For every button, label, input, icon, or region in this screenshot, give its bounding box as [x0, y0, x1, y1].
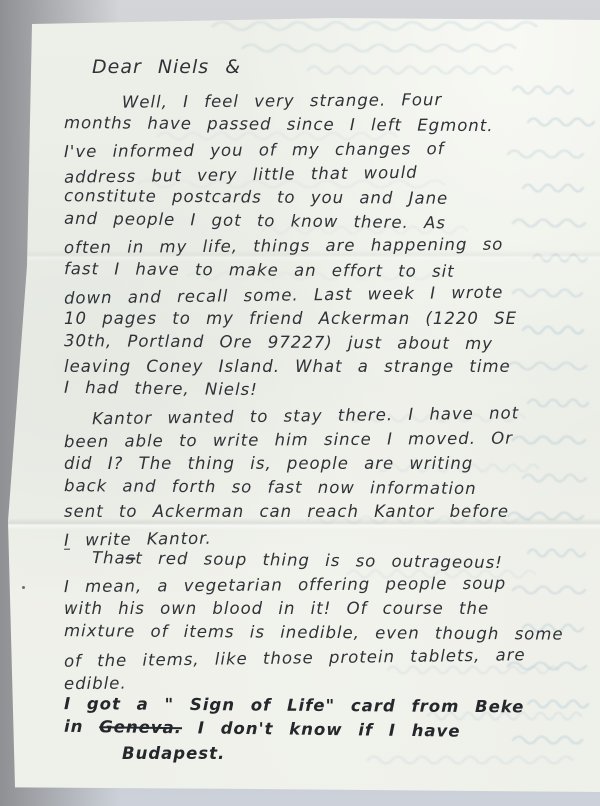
- handwritten-text: Well, I feel very strange. Four: [122, 90, 442, 112]
- letter-paper: Dear Niels &Well, I feel very strange. F…: [8, 18, 600, 792]
- struck-out-word: s: [126, 548, 136, 567]
- handwritten-text: address but very little that would: [64, 163, 418, 187]
- letter-line: been able to write him since I moved. Or: [64, 427, 594, 455]
- handwritten-text: I've informed you of my changes of: [64, 139, 445, 161]
- letter-line: did I? The thing is, people are writing: [64, 453, 594, 477]
- letter-line: down and recall some. Last week I wrote: [64, 280, 594, 312]
- letter-line: edible.: [64, 669, 594, 697]
- handwritten-text: often in my life, things are happening s…: [64, 235, 504, 257]
- handwritten-text: I got a " Sign of Life" card from Beke: [64, 694, 525, 716]
- handwritten-text: I mean, a vegetarian offering people sou…: [64, 574, 506, 596]
- letter-line: in Geneva. I don't know if I have: [64, 716, 594, 747]
- letter-line: often in my life, things are happening s…: [64, 233, 594, 261]
- handwritten-text: sent to Ackerman can reach Kantor before: [64, 502, 509, 521]
- handwritten-text: Tha: [92, 548, 126, 567]
- handwritten-text: 10 pages to my friend Ackerman (1220 SE: [64, 309, 517, 328]
- struck-out-word: Geneva.: [99, 717, 182, 737]
- handwritten-text: Dear Niels &: [92, 56, 241, 78]
- handwritten-text: I don't know if I have: [182, 718, 461, 740]
- letter-line: 30th, Portland Ore 97227) just about my: [64, 330, 594, 358]
- paper-speck: [22, 586, 25, 589]
- letter-line: I mean, a vegetarian offering people sou…: [64, 572, 594, 600]
- letter-line: months have passed since I left Egmont.: [64, 113, 594, 141]
- letter-line: with his own blood in it! Of course the: [64, 598, 594, 622]
- handwritten-text: leaving Coney Island. What a strange tim…: [64, 357, 511, 376]
- handwritten-text: 30th, Portland Ore 97227) just about my: [64, 331, 493, 353]
- handwritten-text: in: [64, 717, 99, 736]
- photo-backdrop: Dear Niels &Well, I feel very strange. F…: [0, 0, 600, 806]
- handwritten-text: back and forth so fast now information: [64, 476, 477, 498]
- letter-body: Dear Niels &Well, I feel very strange. F…: [64, 56, 594, 788]
- handwritten-text: constitute postcards to you and Jane: [64, 186, 448, 208]
- handwritten-text: did I? The thing is, people are writing: [64, 454, 473, 473]
- handwritten-text: I had there, Niels!: [64, 378, 258, 399]
- letter-line: back and forth so fast now information: [64, 475, 594, 503]
- handwritten-text: edible.: [64, 673, 127, 692]
- handwritten-text: months have passed since I left Egmont.: [64, 114, 494, 136]
- handwritten-text: fast I have to make an effort to sit: [64, 259, 455, 281]
- letter-line: sent to Ackerman can reach Kantor before: [64, 501, 594, 525]
- handwritten-text: been able to write him since I moved. Or: [64, 428, 513, 451]
- letter-line: Budapest.: [64, 743, 594, 767]
- handwritten-text: Kantor wanted to stay there. I have not: [92, 403, 519, 428]
- handwritten-text: mixture of items is inedible, even thoug…: [64, 621, 564, 643]
- salutation-line: Dear Niels &: [64, 56, 594, 80]
- handwritten-text: Budapest.: [122, 744, 225, 763]
- handwritten-text: down and recall some. Last week I wrote: [64, 282, 504, 307]
- handwritten-text: t red soup thing is so outrageous!: [135, 548, 503, 571]
- handwritten-text: of the items, like those protein tablets…: [64, 645, 526, 670]
- letter-line: 10 pages to my friend Ackerman (1220 SE: [64, 308, 594, 332]
- handwritten-text: with his own blood in it! Of course the: [64, 599, 489, 618]
- handwritten-text: write Kantor.: [70, 528, 212, 549]
- handwritten-text: and people I got to know there. As: [64, 209, 446, 233]
